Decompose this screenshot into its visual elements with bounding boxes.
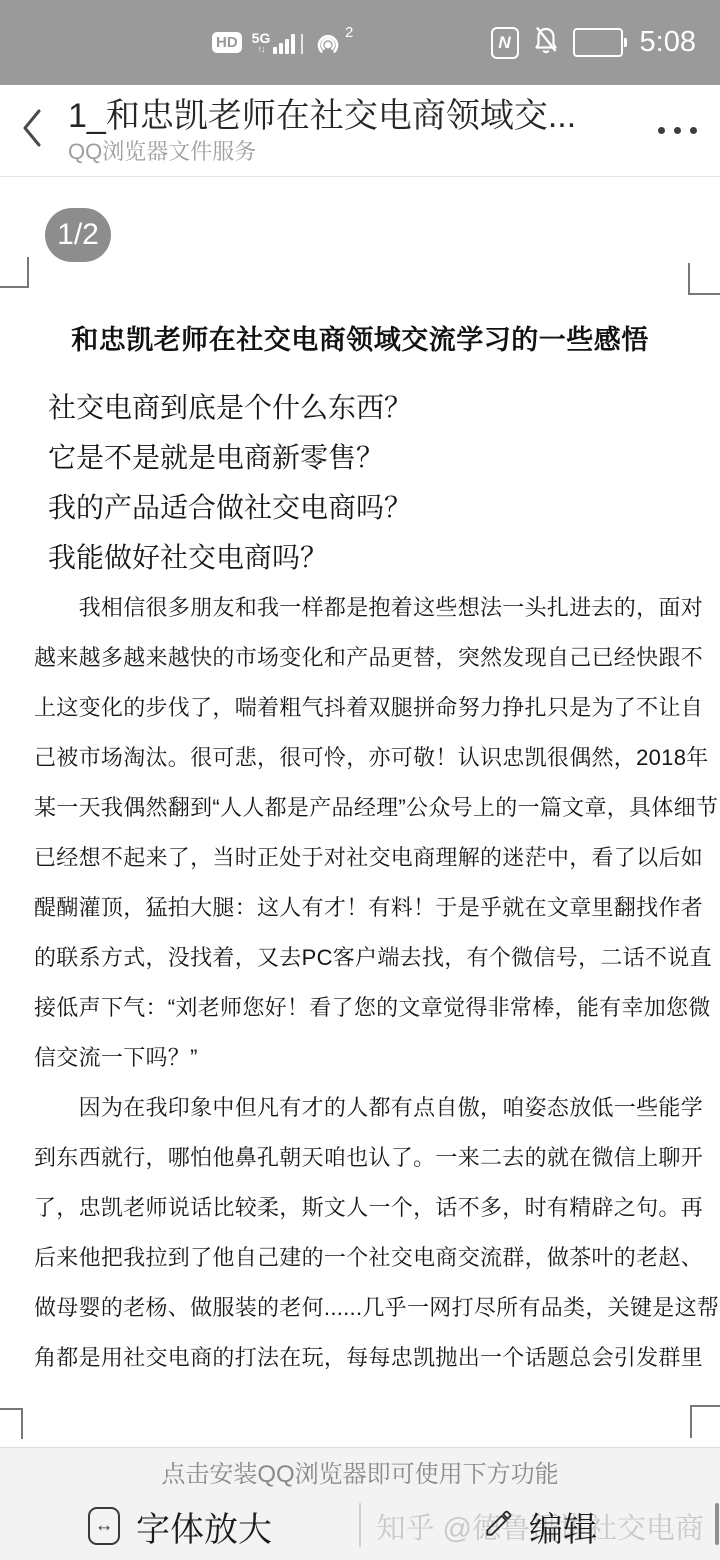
back-button[interactable] <box>0 85 64 176</box>
text-line: 某一天我偶然翻到“人人都是产品经理”公众号上的一篇文章，具体细节 <box>34 783 706 833</box>
page-corner-mark-bottom-left <box>0 1408 23 1439</box>
mute-bell-icon <box>532 25 560 60</box>
page-corner-mark-top-left <box>0 257 29 288</box>
text-line: 的联系方式，没找着，又去PC客户端去找，有个微信号，二话不说直 <box>34 933 706 983</box>
dot-icon <box>674 127 681 134</box>
cellular-signal-icon: 5G ↑↓ <box>252 31 304 54</box>
bottom-bar: 点击安装QQ浏览器即可使用下方功能 知乎 @德鲁哥讲社交电商 ↔ 字体放大 编辑 <box>0 1447 720 1560</box>
file-title: 1_和忠凯老师在社交电商领域交... <box>68 96 634 137</box>
text-line: 越来越多越来越快的市场变化和产品更替，突然发现自己已经快跟不 <box>34 633 706 683</box>
document-preview[interactable]: 1/2 和忠凯老师在社交电商领域交流学习的一些感悟 社交电商到底是个什么东西？它… <box>0 177 720 1447</box>
text-line: 醍醐灌顶，猛拍大腿：这人有才！有料！于是乎就在文章里翻找作者 <box>34 883 706 933</box>
edit-label: 编辑 <box>529 1502 597 1551</box>
text-line: 社交电商到底是个什么东西？ <box>48 383 708 433</box>
font-zoom-icon: ↔ <box>88 1507 120 1545</box>
text-line: 接低声下气：“刘老师您好！看了您的文章觉得非常棒，能有幸加您微 <box>34 983 706 1033</box>
hotspot-count: 2 <box>345 24 353 41</box>
text-line: 信交流一下吗？” <box>34 1033 706 1083</box>
text-line: 因为在我印象中但凡有才的人都有点自傲，咱姿态放低一些能学 <box>34 1083 706 1133</box>
text-line: 上这变化的步伐了，喘着粗气抖着双腿拼命努力挣扎只是为了不让自 <box>34 683 706 733</box>
text-line: 己被市场淘汰。很可悲，很可怜，亦可敬！认识忠凯很偶然，2018年 <box>34 733 706 783</box>
page-corner-mark-bottom-right <box>690 1405 720 1438</box>
body-text: 我相信很多朋友和我一样都是抱着这些想法一头扎进去的，面对越来越多越来越快的市场变… <box>34 583 706 1383</box>
text-line: 到东西就行，哪怕他鼻孔朝天咱也认了。一来二去的就在微信上聊开 <box>34 1133 706 1183</box>
paragraph-2: 因为在我印象中但凡有才的人都有点自傲，咱姿态放低一些能学到东西就行，哪怕他鼻孔朝… <box>34 1083 706 1383</box>
file-source-subtitle: QQ浏览器文件服务 <box>68 139 634 165</box>
app-header: 1_和忠凯老师在社交电商领域交... QQ浏览器文件服务 <box>0 85 720 177</box>
text-line: 角都是用社交电商的打法在玩，每每忠凯抛出一个话题总会引发群里 <box>34 1333 706 1383</box>
text-line: 了，忠凯老师说话比较柔，斯文人一个，话不多，时有精辟之句。再 <box>34 1183 706 1233</box>
font-zoom-label: 字体放大 <box>136 1502 272 1551</box>
paragraph-1: 我相信很多朋友和我一样都是抱着这些想法一头扎进去的，面对越来越多越来越快的市场变… <box>34 583 706 1083</box>
install-qq-browser-banner[interactable]: 点击安装QQ浏览器即可使用下方功能 <box>0 1458 720 1492</box>
font-zoom-button[interactable]: ↔ 字体放大 <box>0 1492 360 1560</box>
question-lines: 社交电商到底是个什么东西？它是不是就是电商新零售？我的产品适合做社交电商吗？我能… <box>48 383 708 583</box>
status-bar-left: HD 5G ↑↓ 2 <box>212 28 353 58</box>
nfc-icon: N <box>491 27 519 59</box>
back-chevron-icon <box>19 105 45 156</box>
more-menu-button[interactable] <box>634 85 720 176</box>
text-line: 我相信很多朋友和我一样都是抱着这些想法一头扎进去的，面对 <box>34 583 706 633</box>
page-corner-mark-top-right <box>688 263 720 295</box>
signal-bars-icon <box>273 32 295 54</box>
status-bar: HD 5G ↑↓ 2 N <box>0 0 720 85</box>
text-line: 我的产品适合做社交电商吗？ <box>48 483 708 533</box>
text-line: 做母婴的老杨、做服装的老何......几乎一网打尽所有品类，关键是这帮 <box>34 1283 706 1333</box>
text-line: 后来他把我拉到了他自己建的一个社交电商交流群，做茶叶的老赵、 <box>34 1233 706 1283</box>
text-line: 已经想不起来了，当时正处于对社交电商理解的迷茫中，看了以后如 <box>34 833 706 883</box>
dot-icon <box>690 127 697 134</box>
text-line: 我能做好社交电商吗？ <box>48 533 708 583</box>
hd-icon: HD <box>212 32 242 53</box>
text-line: 它是不是就是电商新零售？ <box>48 433 708 483</box>
pencil-icon <box>483 1509 513 1544</box>
battery-icon <box>573 28 627 57</box>
edit-button[interactable]: 编辑 <box>360 1492 720 1560</box>
clock-time: 5:08 <box>640 26 696 59</box>
network-type-label: 5G <box>252 31 271 45</box>
data-arrows-icon: ↑↓ <box>258 45 265 54</box>
hotspot-icon: 2 <box>313 28 353 58</box>
header-texts: 1_和忠凯老师在社交电商领域交... QQ浏览器文件服务 <box>68 96 634 165</box>
dot-icon <box>658 127 665 134</box>
page-indicator-badge: 1/2 <box>45 208 111 262</box>
status-bar-right: N 5:08 <box>491 25 696 60</box>
toolbar: ↔ 字体放大 编辑 <box>0 1492 720 1560</box>
document-title: 和忠凯老师在社交电商领域交流学习的一些感悟 <box>0 318 720 362</box>
